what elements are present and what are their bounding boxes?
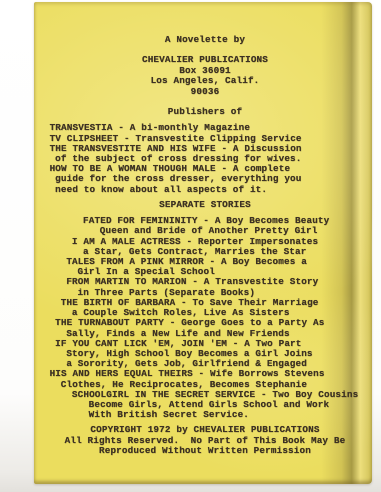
- page-edge-curve: [371, 157, 381, 344]
- text-line: HIS AND HERS EQUAL THEIRS - Wife Borrows…: [44, 369, 366, 379]
- publications-list: TRANSVESTIA - A bi-monthly MagazineTV CL…: [44, 123, 366, 194]
- text-line: need to know about all aspects of it.: [44, 185, 366, 195]
- reproduction-line: Reproduced Without Written Permission: [44, 446, 366, 456]
- publisher-address-block: CHEVALIER PUBLICATIONS Box 36091 Los Ang…: [44, 55, 366, 97]
- novelette-byline: A Novelette by: [44, 35, 366, 45]
- book-back-cover: A Novelette by CHEVALIER PUBLICATIONS Bo…: [34, 2, 372, 484]
- photo-background: A Novelette by CHEVALIER PUBLICATIONS Bo…: [0, 0, 381, 492]
- text-line: THE TURNABOUT PARTY - George Goes to a P…: [44, 318, 366, 328]
- text-line: With British Secret Service.: [44, 410, 366, 420]
- publishers-of-label: Publishers of: [44, 107, 366, 117]
- separate-stories-heading: SEPARATE STORIES: [44, 200, 366, 210]
- stories-list: FATED FOR FEMININITY - A Boy Becomes Bea…: [44, 216, 366, 420]
- copyright-block: COPYRIGHT 1972 by CHEVALIER PUBLICATIONS…: [44, 425, 366, 456]
- publisher-zip: 90036: [44, 87, 366, 97]
